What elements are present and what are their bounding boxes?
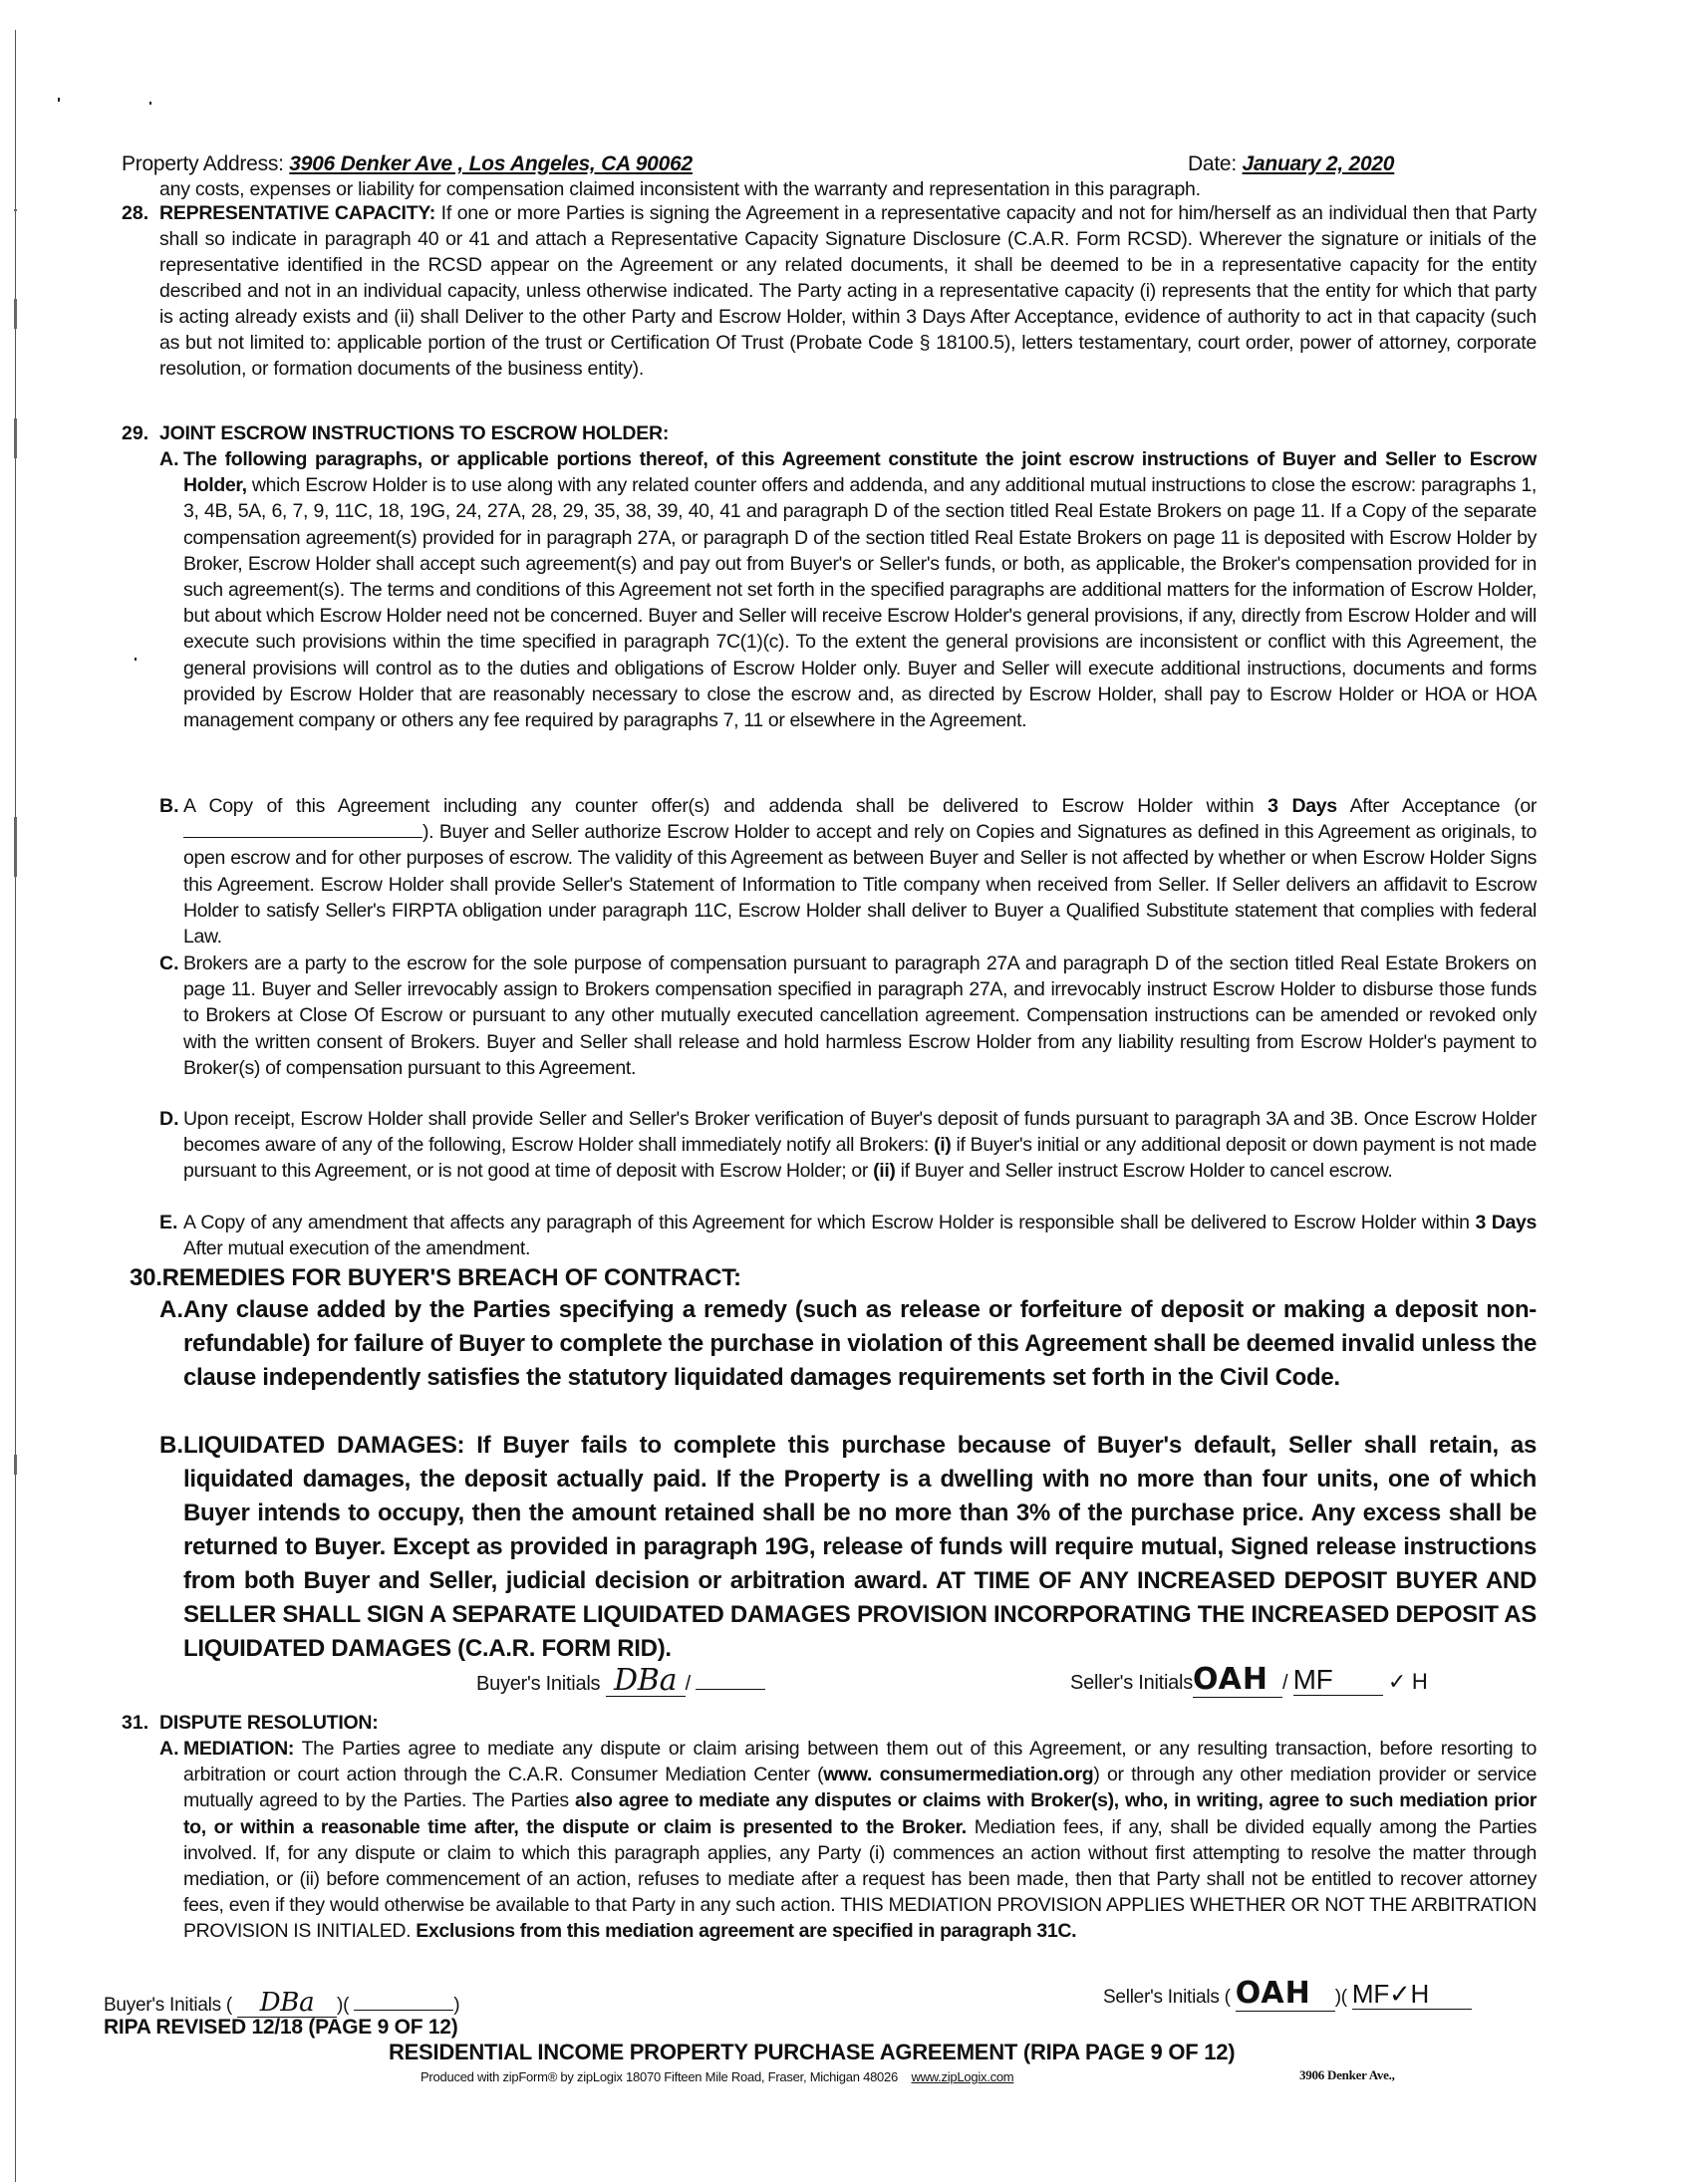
section-30-title: REMEDIES FOR BUYER'S BREACH OF CONTRACT:	[162, 1264, 741, 1291]
section-29d-text: if Buyer and Seller instruct Escrow Hold…	[896, 1160, 1393, 1182]
section-30a-body: Any clause added by the Parties specifyi…	[183, 1293, 1537, 1395]
property-address-label: Property Address:	[122, 152, 284, 175]
section-31-title: DISPUTE RESOLUTION:	[159, 1710, 379, 1736]
scan-artifact	[14, 299, 17, 329]
section-29b-body: A Copy of this Agreement including any c…	[183, 793, 1537, 950]
initials-paren: )(	[337, 1995, 349, 2016]
footer-buyer-1-initials-field[interactable]: DBa	[237, 1989, 337, 2018]
scan-speck	[149, 102, 151, 105]
section-29b-days: 3 Days	[1267, 795, 1337, 817]
footer-buyer-2-initials-field[interactable]	[354, 2010, 453, 2011]
footer-buyer-initials-label: Buyer's Initials (	[104, 1995, 232, 2016]
scan-speck	[135, 658, 137, 661]
section-30-number: 30.	[130, 1264, 162, 1291]
footer-seller-2-initials-field[interactable]: MF✓H	[1352, 1979, 1472, 2010]
scan-margin-line	[15, 30, 16, 2182]
section-29e-text: A Copy of any amendment that affects any…	[183, 1212, 1475, 1233]
ziplogix-link[interactable]: www.zipLogix.com	[911, 2069, 1013, 2084]
section-29d-ii: (ii)	[873, 1160, 895, 1182]
section-29e-text: After mutual execution of the amendment.	[183, 1237, 530, 1259]
footer-seller-1-initials-field[interactable]: OAH	[1236, 1977, 1335, 2012]
section-29-title: JOINT ESCROW INSTRUCTIONS TO ESCROW HOLD…	[159, 420, 669, 446]
section-30-seller-initials: Seller's InitialsOAH/ MF ✓ H	[1070, 1662, 1428, 1703]
section-30-heading: 30.REMEDIES FOR BUYER'S BREACH OF CONTRA…	[130, 1261, 741, 1295]
scan-artifact	[14, 1455, 17, 1475]
section-29d-body: Upon receipt, Escrow Holder shall provid…	[183, 1106, 1537, 1185]
initials-separator: /	[1282, 1672, 1287, 1694]
section-29a-text: which Escrow Holder is to use along with…	[183, 474, 1537, 731]
buyer-2-initials-field[interactable]	[696, 1689, 765, 1690]
section-29b-letter: B.	[159, 793, 179, 819]
section-29c-letter: C.	[159, 951, 179, 976]
section-31a-body: MEDIATION: The Parties agree to mediate …	[183, 1736, 1537, 1945]
date-line: Date: January 2, 2020	[1188, 151, 1497, 177]
section-28-number: 28.	[122, 200, 148, 226]
section-29d-i: (i)	[934, 1134, 951, 1156]
section-29e-days: 3 Days	[1475, 1212, 1537, 1233]
section-28-text: If one or more Parties is signing the Ag…	[159, 202, 1537, 380]
date-label: Date:	[1188, 152, 1237, 175]
seller-initials-label: Seller's Initials	[1070, 1672, 1193, 1694]
section-30b-letter: B.	[159, 1429, 183, 1463]
scan-artifact	[14, 817, 17, 877]
section-30-buyer-initials: Buyer's Initials DBa/	[476, 1666, 765, 1702]
footer-seller-initials: Seller's Initials ( OAH)( MF✓H	[1103, 1977, 1472, 2018]
continuation-text: any costs, expenses or liability for com…	[159, 176, 1201, 202]
scan-speck	[58, 98, 60, 102]
initials-separator: /	[686, 1673, 691, 1695]
scan-artifact	[14, 209, 17, 211]
seller-2-initials-mark: ✓ H	[1388, 1669, 1428, 1694]
produced-by-text: Produced with zipForm® by zipLogix 18070…	[421, 2069, 898, 2084]
section-30a-letter: A.	[159, 1293, 183, 1327]
section-28-body: REPRESENTATIVE CAPACITY: If one or more …	[159, 200, 1537, 382]
escrow-delivery-days-field[interactable]	[183, 837, 422, 838]
seller-1-initials-field[interactable]: OAH	[1193, 1663, 1282, 1698]
section-29d-letter: D.	[159, 1106, 179, 1132]
seller-2-initials-field[interactable]: MF	[1293, 1665, 1383, 1696]
date-value[interactable]: January 2, 2020	[1243, 151, 1497, 177]
property-address-line: Property Address: 3906 Denker Ave , Los …	[122, 151, 1156, 177]
section-29c-body: Brokers are a party to the escrow for th…	[183, 951, 1537, 1081]
property-address-value[interactable]: 3906 Denker Ave , Los Angeles, CA 90062	[289, 151, 1156, 177]
section-29b-text: ). Buyer and Seller authorize Escrow Hol…	[183, 821, 1537, 948]
initials-paren: )(	[1335, 1987, 1347, 2008]
initials-paren: )	[453, 1995, 459, 2016]
section-29a-body: The following paragraphs, or applicable …	[183, 446, 1537, 733]
section-30b-body: LIQUIDATED DAMAGES: If Buyer fails to co…	[183, 1429, 1537, 1666]
footer-seller-initials-label: Seller's Initials (	[1103, 1987, 1231, 2008]
form-revision: RIPA REVISED 12/18 (PAGE 9 OF 12)	[104, 2015, 457, 2041]
buyer-initials-label: Buyer's Initials	[476, 1673, 600, 1695]
section-29-number: 29.	[122, 420, 148, 446]
section-29e-letter: E.	[159, 1210, 177, 1235]
section-31-number: 31.	[122, 1710, 148, 1736]
section-29a-letter: A.	[159, 446, 179, 472]
consumer-mediation-link[interactable]: www. consumermediation.org	[823, 1764, 1093, 1785]
scan-artifact	[14, 418, 17, 458]
section-29b-text: After Acceptance (or	[1337, 795, 1537, 817]
section-31a-exclusions: Exclusions from this mediation agreement…	[416, 1920, 1076, 1942]
zipform-credit: Produced with zipForm® by zipLogix 18070…	[421, 2068, 1013, 2086]
mediation-lead: MEDIATION:	[183, 1738, 294, 1760]
section-29e-body: A Copy of any amendment that affects any…	[183, 1210, 1537, 1261]
section-28-title: REPRESENTATIVE CAPACITY:	[159, 202, 435, 224]
section-29b-text: A Copy of this Agreement including any c…	[183, 795, 1267, 817]
form-title: RESIDENTIAL INCOME PROPERTY PURCHASE AGR…	[389, 2040, 1235, 2065]
file-reference: 3906 Denker Ave.,	[1299, 2066, 1395, 2084]
section-31a-letter: A.	[159, 1736, 179, 1762]
buyer-1-initials-field[interactable]: DBa	[606, 1666, 686, 1697]
